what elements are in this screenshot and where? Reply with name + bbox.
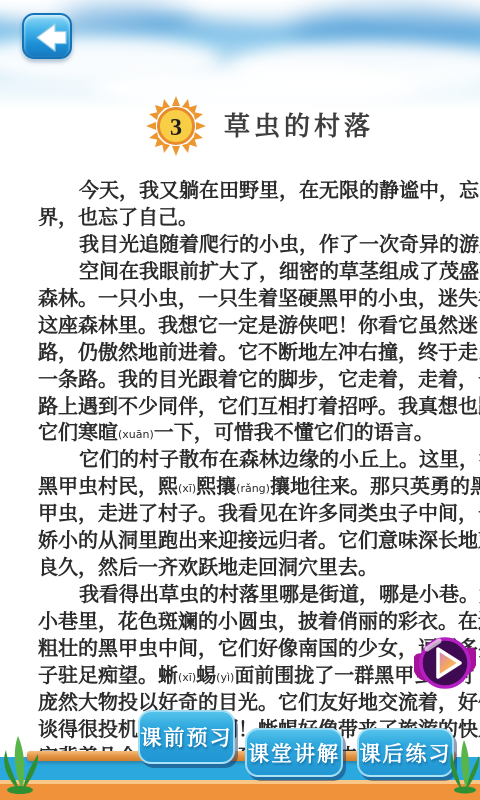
article-line: 路，仍傲然地前进着。它不断地左冲右撞，终于走出 — [38, 340, 456, 367]
article-line: 娇小的从洞里跑出来迎接远归者。它们意味深长地对视 — [38, 528, 456, 555]
article-line: 粗壮的黑甲虫中间，它们好像南国的少女，逗得多少虫 — [38, 636, 456, 663]
cloud — [90, 66, 420, 110]
article-line: 它们的村子散布在森林边缘的小丘上。这里，很多 — [38, 447, 456, 474]
article-line: 甲虫，走进了村子。我看见在许多同类虫子中间，一只 — [38, 501, 456, 528]
article-line: 今天，我又躺在田野里，在无限的静谧中，忘了世 — [38, 178, 456, 205]
sky-patch — [60, 4, 190, 34]
article-line: 我目光追随着爬行的小虫，作了一次奇异的游历。 — [38, 232, 456, 259]
lesson-number: 3 — [170, 115, 182, 141]
article-line: 路上遇到不少同伴，它们互相打着招呼。我真想也跟 — [38, 394, 456, 421]
play-button[interactable] — [414, 629, 476, 697]
after-class-practice-label: 课后练习 — [360, 738, 452, 768]
plant-left-icon — [0, 728, 44, 799]
plant-right-icon — [446, 736, 480, 799]
lesson-sun-badge: 3 — [146, 96, 206, 156]
pre-class-preview-label: 课前预习 — [141, 722, 233, 752]
class-explanation-button[interactable]: 课堂讲解 — [245, 728, 343, 777]
back-button[interactable] — [22, 13, 72, 59]
article-line: 这座森林里。我想它一定是游侠吧！你看它虽然迷了 — [38, 313, 456, 340]
after-class-practice-button[interactable]: 课后练习 — [357, 728, 454, 777]
article-line: 它们寒暄(xuān)一下，可惜我不懂它们的语言。 — [38, 420, 456, 447]
back-arrow-icon — [28, 18, 72, 58]
article-line: 小巷里，花色斑斓的小圆虫，披着俏丽的彩衣。在这些 — [38, 609, 456, 636]
play-icon — [414, 639, 476, 687]
pre-class-preview-button[interactable]: 课前预习 — [138, 710, 235, 764]
article-line: 庞然大物投以好奇的目光。它们友好地交流着，好像攀 — [38, 690, 456, 717]
article-line: 空间在我眼前扩大了，细密的草茎组成了茂盛的 — [38, 259, 456, 286]
article-line: 黑甲虫村民，熙(xī)熙攘(rǎng)攘地往来。那只英勇的黑 — [38, 474, 456, 501]
article-line: 良久，然后一齐欢跃地走回洞穴里去。 — [38, 555, 456, 582]
article-line: 一条路。我的目光跟着它的脚步，它走着，走着，一 — [38, 367, 456, 394]
article-line: 子驻足痴望。蜥(xī)蜴(yì)面前围拢了一群黑甲虫，对 — [38, 663, 456, 690]
article-line: 界，也忘了自己。 — [38, 205, 456, 232]
footer-bar — [0, 780, 480, 800]
article: 今天，我又躺在田野里，在无限的静谧中，忘了世界，也忘了自己。我目光追随着爬行的小… — [38, 178, 456, 771]
page-title: 草虫的村落 — [224, 106, 374, 143]
article-line: 森林。一只小虫，一只生着坚硬黑甲的小虫，迷失在 — [38, 286, 456, 313]
class-explanation-label: 课堂讲解 — [248, 738, 340, 768]
article-line: 我看得出草虫的村落里哪是街道，哪是小巷。大街 — [38, 582, 456, 609]
